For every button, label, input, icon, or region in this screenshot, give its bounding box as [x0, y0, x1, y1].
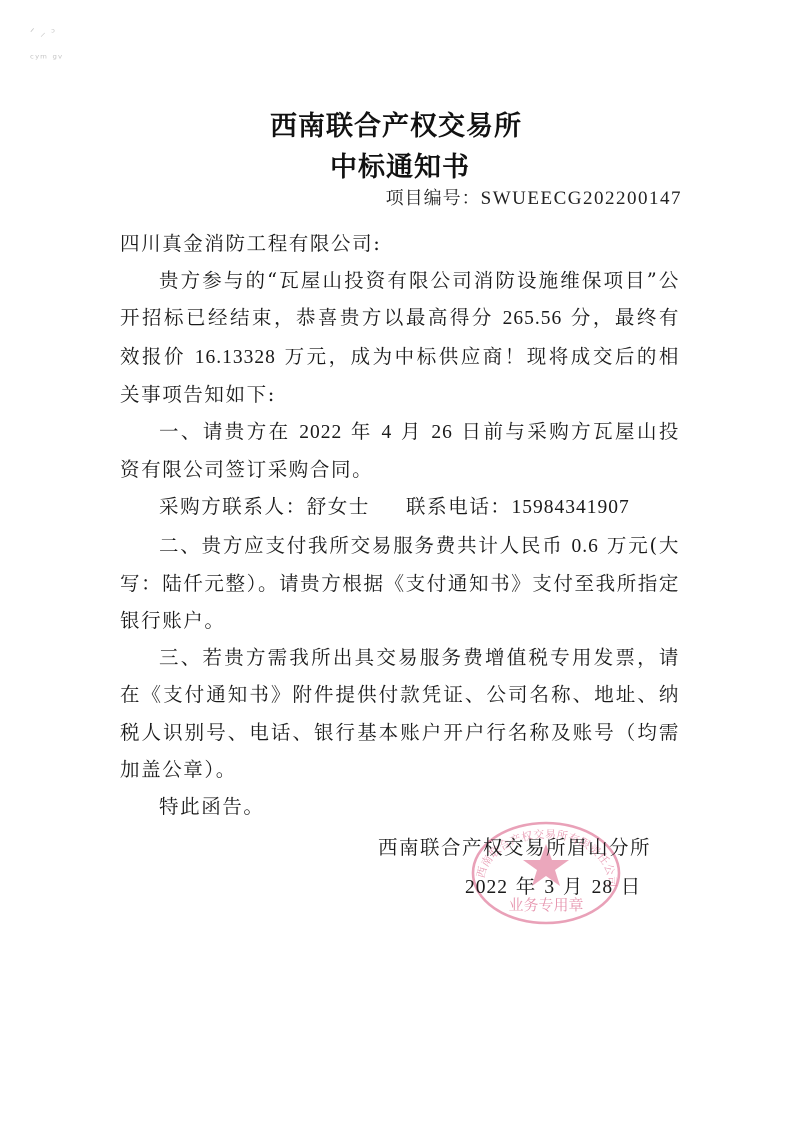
doc-title: 中标通知书 — [0, 145, 800, 184]
contact-person-label: 采购方联系人： — [159, 495, 307, 518]
date-day-unit: 日 — [621, 875, 642, 898]
service-fee: 0.6 — [572, 536, 599, 557]
scribble-line-2: ᶜʸᵐ ᵍᵛ — [30, 46, 64, 72]
margin-scribble: ᐟ ⸝ ᵓ ᶜʸᵐ ᵍᵛ — [30, 20, 64, 72]
contact-line: 采购方联系人：舒女士联系电话：15984341907 — [120, 488, 680, 526]
org-title: 西南联合产权交易所 — [0, 104, 800, 143]
deadline-year: 2022 — [299, 422, 342, 443]
date-month-unit: 月 — [563, 875, 584, 898]
project-number: 项目编号：SWUEECG202200147 — [386, 184, 682, 210]
item2-text-a: 二、贵方应支付我所交易服务费共计人民币 — [159, 534, 564, 557]
contact-phone-label: 联系电话： — [406, 495, 512, 518]
issue-date: 2022 年 3 月 28 日 — [465, 871, 642, 899]
item1-text-c: 月 — [401, 420, 423, 443]
issuer-signature: 西南联合产权交易所眉山分所 — [378, 832, 651, 860]
deadline-day: 26 — [431, 422, 453, 443]
item1-text-b: 年 — [351, 420, 373, 443]
date-year: 2022 — [465, 877, 508, 898]
date-month: 3 — [544, 877, 555, 898]
intro-paragraph: 贵方参与的“瓦屋山投资有限公司消防设施维保项目”公开招标已经结束，恭喜贵方以最高… — [120, 262, 680, 413]
item-3-paragraph: 三、若贵方需我所出具交易服务费增值税专用发票，请在《支付通知书》附件提供付款凭证… — [120, 639, 680, 788]
scribble-line-1: ᐟ ⸝ ᵓ — [30, 20, 64, 46]
item-1-paragraph: 一、请贵方在 2022 年 4 月 26 日前与采购方瓦屋山投资有限公司签订采购… — [120, 413, 680, 488]
date-day: 28 — [592, 877, 614, 898]
letter-body: 四川真金消防工程有限公司: 贵方参与的“瓦屋山投资有限公司消防设施维保项目”公开… — [120, 225, 680, 825]
item-2-paragraph: 二、贵方应支付我所交易服务费共计人民币 0.6 万元(大写：陆仟元整）。请贵方根… — [120, 527, 680, 640]
item1-text-a: 一、请贵方在 — [159, 420, 291, 443]
date-year-unit: 年 — [516, 875, 537, 898]
score-value: 265.56 — [503, 308, 563, 329]
contact-person: 舒女士 — [307, 495, 370, 518]
project-number-label: 项目编号： — [386, 188, 481, 209]
contact-phone: 15984341907 — [512, 497, 630, 518]
deadline-month: 4 — [381, 422, 392, 443]
recipient: 四川真金消防工程有限公司: — [120, 225, 680, 262]
price-value: 16.13328 — [195, 347, 276, 368]
project-number-value: SWUEECG202200147 — [481, 188, 682, 209]
